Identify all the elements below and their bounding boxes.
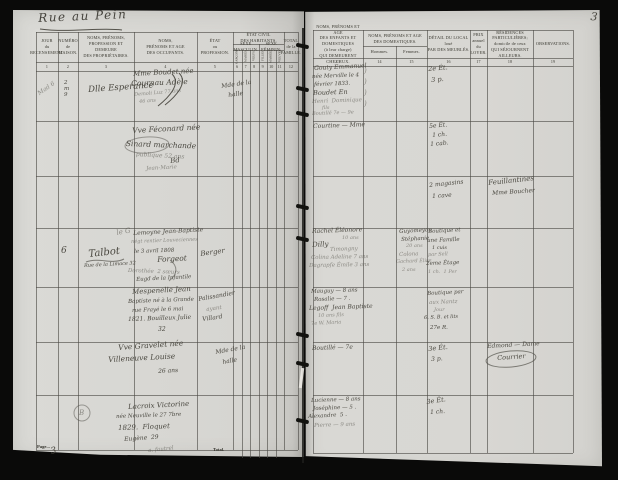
handwritten-entry: 10 ans [342, 236, 359, 242]
grid-line-v [276, 50, 277, 458]
handwritten-entry: ) [364, 90, 367, 98]
grid-line-h [36, 395, 298, 396]
handwritten-entry: Forgeot [157, 254, 187, 264]
handwritten-entry: 32 [158, 327, 166, 334]
corner-page-number-handwritten: 3 [590, 11, 598, 24]
column-number: 8 [250, 62, 259, 71]
handwritten-entry: 2 m 9 [64, 80, 69, 98]
footer-total-label: Total. [213, 447, 224, 452]
header-civil-col: MARIÉES. [267, 50, 276, 62]
column-number: 19 [533, 58, 573, 66]
handwritten-entry: 1 ch. [432, 132, 447, 140]
binding-line [302, 28, 304, 463]
handwritten-entry: 26 ans [158, 368, 178, 376]
header-civil-col: GARÇONS. [233, 50, 242, 62]
header-local: DÉTAIL DU LOCAL loué PAR DES MEUBLÉS. [427, 31, 470, 57]
handwritten-entry: ) [364, 79, 367, 87]
handwritten-entry: par Sell [428, 252, 448, 258]
handwritten-entry: Colona [399, 251, 419, 258]
column-number: 12 [284, 62, 298, 71]
handwritten-entry: 1 ch. [430, 409, 445, 417]
grid-line-v [396, 46, 397, 453]
header-civil-col: FILLES. [259, 50, 268, 62]
footer-page-label: Page... [37, 444, 50, 449]
handwritten-entry: une Famille [427, 237, 460, 244]
grid-line-v [573, 30, 574, 453]
grid-line-v [36, 32, 37, 450]
handwritten-entry: Boutillé — 7e [312, 345, 353, 353]
column-number: 14 [363, 58, 396, 66]
grid-line-v [250, 50, 251, 458]
column-number: 1 [36, 62, 58, 71]
column-number: 18 [487, 58, 533, 66]
header-profession: ÉTAT ou PROFESSION. [197, 33, 233, 61]
handwritten-entry: 2 ans [402, 268, 416, 274]
header-numero: NUMÉRO de MAISON. [58, 33, 78, 61]
column-number: 9 [259, 62, 268, 71]
column-number: 2 [58, 62, 78, 71]
column-number: 11 [276, 62, 285, 71]
column-number: 10 [267, 62, 276, 71]
header-enfants: NOMS, PRÉNOMS ET AGE DES ENFANTS ET DOME… [313, 31, 363, 57]
handwritten-entry: 6 [61, 247, 67, 257]
grid-line-v [487, 30, 488, 453]
handwritten-entry: aux Nantz [429, 299, 458, 306]
grid-line-v [284, 32, 285, 450]
header-civil-col: VEUFS. [250, 50, 259, 62]
header-domestiques-sub: Femmes. [396, 46, 427, 58]
header-proprietaires: NOMS, PRÉNOMS, PROFESSION ET DEMEURE DES… [78, 33, 134, 61]
handwritten-entry: 3 p. [431, 76, 444, 84]
handwritten-entry: ) [364, 101, 367, 109]
header-domestiques-sub: Hommes. [363, 46, 396, 58]
handwritten-entry: B [79, 410, 84, 418]
column-number: 15 [396, 58, 427, 66]
grid-line-v [533, 30, 534, 453]
handwritten-entry: Rosalie — 7 . [314, 296, 351, 303]
grid-line-h [313, 453, 573, 454]
handwritten-entry: Boudet En [313, 89, 348, 97]
handwritten-entry: Timongny [330, 246, 358, 253]
grid-line-v [78, 32, 79, 450]
header-residences: RÉSIDENCES PARTICULIÈRES; domicile de ce… [487, 31, 533, 57]
handwritten-entry: Jour [434, 308, 445, 314]
header-domestiques: NOMS, PRÉNOMS ET AGE DES DOMESTIQUES. [363, 31, 427, 46]
handwritten-entry: ) [364, 68, 367, 76]
header-civil-col: MARIÉS. [242, 50, 251, 62]
header-occupants: NOMS, PRÉNOMS ET AGE DES OCCUPANTS. [134, 33, 197, 61]
grid-line-v [470, 30, 471, 453]
grid-line-h [36, 121, 298, 122]
handwritten-entry: 1 cave [432, 193, 452, 201]
handwritten-entry: 27e R. [430, 325, 448, 331]
header-jour: JOUR du RECENSEMENT. [36, 33, 58, 61]
handwritten-entry: Dilly [312, 241, 329, 250]
grid-line-v [242, 50, 243, 458]
handwritten-entry: 6. S. B. et lits [424, 315, 458, 322]
scanned-register-spread: JOUR du RECENSEMENT.1NUMÉRO de MAISON.2N… [0, 0, 618, 480]
handwritten-entry: Dagrapfe Émile 3 ans [309, 262, 369, 269]
grid-line-v [267, 50, 268, 458]
grid-line-h [36, 176, 298, 177]
grid-line-v [259, 50, 260, 458]
column-number: 7 [242, 62, 251, 71]
handwritten-entry: 1 ch. 1 Per [428, 270, 457, 276]
column-number: 17 [470, 58, 487, 66]
handwritten-entry: 20 ans [406, 244, 423, 250]
header-prix: PRIX annuel du LOYER. [470, 31, 487, 57]
header-total: TOTAL de la FAMILLE. [284, 33, 298, 61]
column-number: 3 [78, 62, 134, 71]
handwritten-entry: 2eme Étage [426, 260, 459, 267]
grid-line-v [58, 32, 59, 450]
handwritten-entry: Colina Adeline 7 ans [311, 254, 368, 261]
header-observations: OBSERVATIONS. [533, 31, 573, 57]
column-number: 5 [197, 62, 233, 71]
column-number: 6 [233, 62, 242, 71]
handwritten-entry: 3 p. [431, 356, 443, 363]
